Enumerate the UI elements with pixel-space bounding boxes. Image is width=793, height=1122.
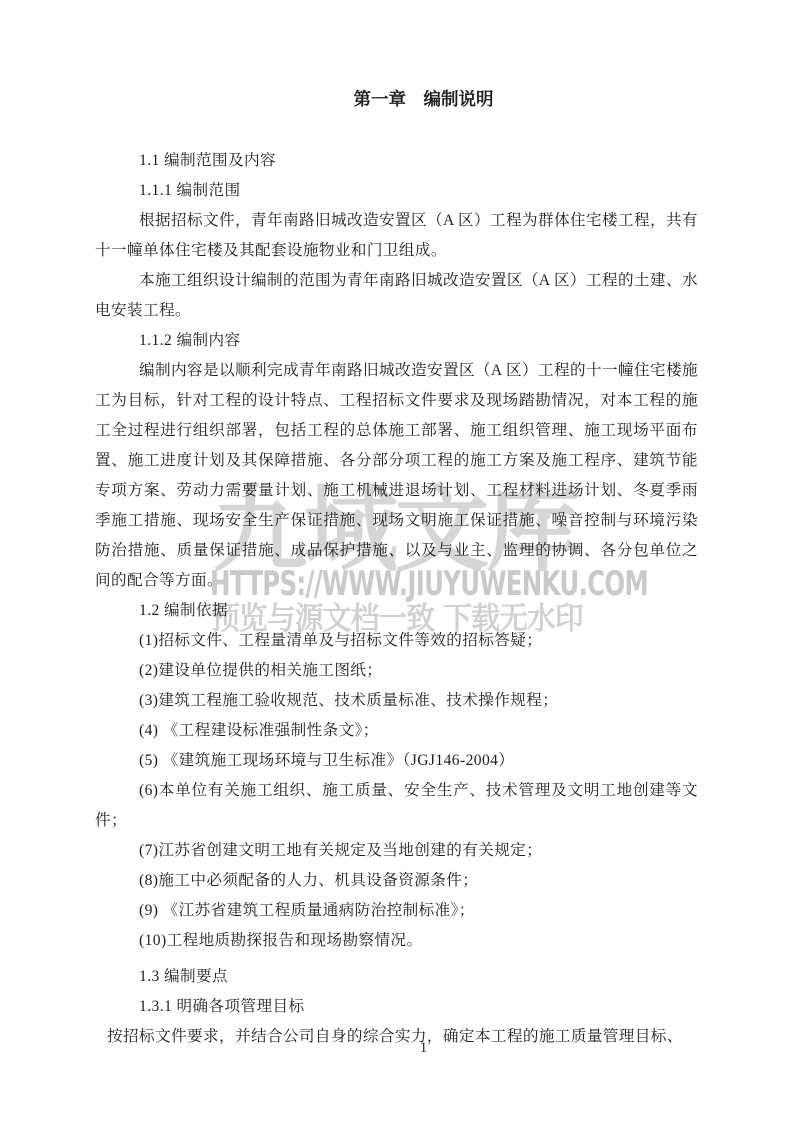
paragraph: 根据招标文件，青年南路旧城改造安置区（A 区）工程为群体住宅楼工程，共有十一幢单… <box>95 206 698 266</box>
page-number: 1 <box>27 1036 793 1060</box>
section-heading: 1.3.1 明确各项管理目标 <box>95 992 698 1022</box>
document-body: 1.1 编制范围及内容1.1.1 编制范围根据招标文件，青年南路旧城改造安置区（… <box>95 146 698 1052</box>
section-heading: 1.1.1 编制范围 <box>95 176 698 206</box>
section-heading: 1.3 编制要点 <box>95 962 698 992</box>
paragraph: 本施工组织设计编制的范围为青年南路旧城改造安置区（A 区）工程的土建、水电安装工… <box>95 266 698 326</box>
section-heading: 1.2 编制依据 <box>95 596 698 626</box>
list-item: (8)施工中必须配备的人力、机具设备资源条件； <box>95 866 698 896</box>
paragraph: 编制内容是以顺利完成青年南路旧城改造安置区（A 区）工程的十一幢住宅楼施工为目标… <box>95 356 698 596</box>
document-page: 九域文库 HTTPS://WWW.JIUYUWENKU.COM 预览与源文档一致… <box>0 0 793 1122</box>
document-content: 第一章 编制说明 1.1 编制范围及内容1.1.1 编制范围根据招标文件，青年南… <box>95 84 698 1052</box>
section-heading: 1.1.2 编制内容 <box>95 326 698 356</box>
list-item: (2)建设单位提供的相关施工图纸； <box>95 656 698 686</box>
list-item: (6)本单位有关施工组织、施工质量、安全生产、技术管理及文明工地创建等文件； <box>95 776 698 836</box>
list-item: (1)招标文件、工程量清单及与招标文件等效的招标答疑； <box>95 626 698 656</box>
list-item: (9) 《江苏省建筑工程质量通病防治控制标准》； <box>95 896 698 926</box>
list-item: (10)工程地质勘探报告和现场勘察情况。 <box>95 926 698 956</box>
list-item: (7)江苏省创建文明工地有关规定及当地创建的有关规定； <box>95 836 698 866</box>
section-heading: 1.1 编制范围及内容 <box>95 146 698 176</box>
list-item: (5) 《建筑施工现场环境与卫生标准》（JGJ146-2004） <box>95 746 698 776</box>
chapter-title: 第一章 编制说明 <box>122 84 725 116</box>
list-item: (4) 《工程建设标准强制性条文》； <box>95 716 698 746</box>
list-item: (3)建筑工程施工验收规范、技术质量标准、技术操作规程； <box>95 686 698 716</box>
